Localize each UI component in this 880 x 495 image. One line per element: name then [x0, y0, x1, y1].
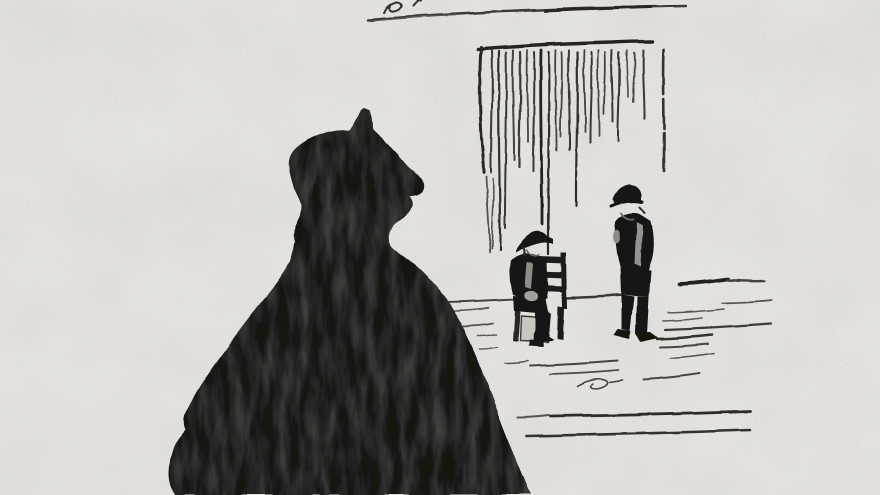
fringe-stroke	[541, 50, 542, 224]
standing-torso	[615, 213, 654, 274]
floor-stroke	[728, 280, 764, 281]
ink-sketch-canvas	[0, 0, 880, 495]
standing-right-leg	[636, 296, 649, 334]
standing-hips	[620, 267, 651, 297]
chair-rear-leg	[557, 306, 564, 340]
seated-foot	[529, 340, 544, 347]
artwork-frame	[0, 0, 880, 495]
